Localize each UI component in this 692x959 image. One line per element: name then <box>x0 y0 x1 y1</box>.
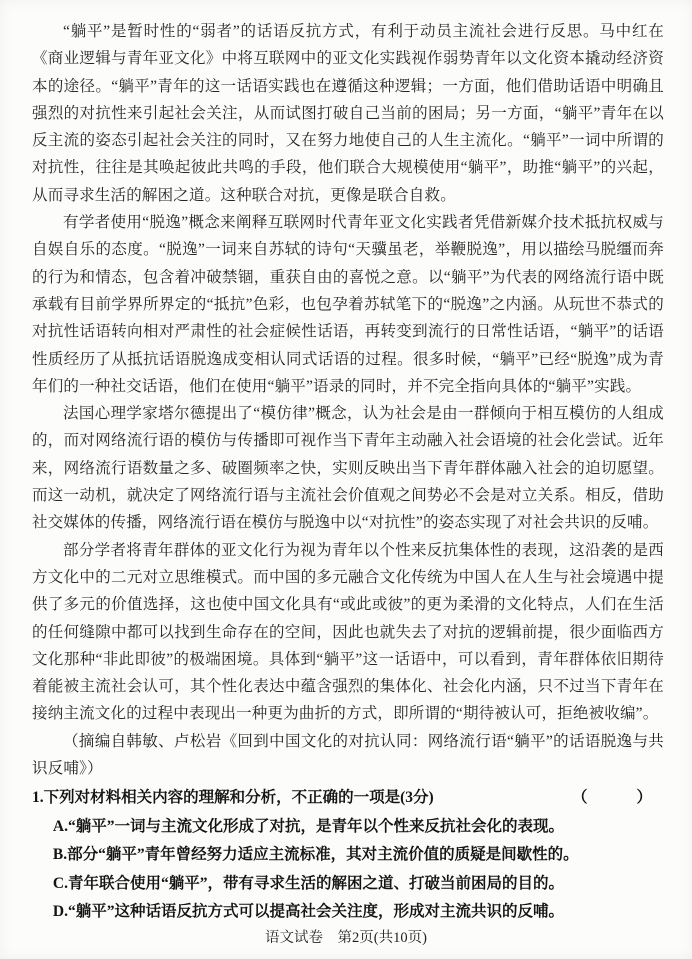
question-1-option-a: A.“躺平”一词与主流文化形成了对抗，是青年以个性来反抗社会化的表现。 <box>32 813 664 842</box>
question-1: 1.下列对材料相关内容的理解和分析，不正确的一项是(3分) （ ） A.“躺平”… <box>32 784 664 927</box>
passage-paragraph-4: 部分学者将青年群体的亚文化行为视为青年以个性来反抗集体性的表现，这沿袭的是西方文… <box>32 537 664 728</box>
passage-paragraph-2: 有学者使用“脱逸”概念来阐释互联网时代青年亚文化实践者凭借新媒介技术抵抗权威与自… <box>32 209 664 400</box>
question-1-stem: 1.下列对材料相关内容的理解和分析，不正确的一项是(3分) <box>32 784 434 813</box>
passage-paragraph-1: “躺平”是暂时性的“弱者”的话语反抗方式，有利于动员主流社会进行反思。马中红在《… <box>32 18 664 209</box>
exam-page: “躺平”是暂时性的“弱者”的话语反抗方式，有利于动员主流社会进行反思。马中红在《… <box>0 0 692 959</box>
reading-passage: “躺平”是暂时性的“弱者”的话语反抗方式，有利于动员主流社会进行反思。马中红在《… <box>32 18 664 782</box>
passage-attribution: （摘编自韩敏、卢松岩《回到中国文化的对抗认同：网络流行语“躺平”的话语脱逸与共识… <box>32 728 664 783</box>
question-1-stem-row: 1.下列对材料相关内容的理解和分析，不正确的一项是(3分) （ ） <box>32 784 664 813</box>
question-1-option-c: C.青年联合使用“躺平”，带有寻求生活的解困之道、打破当前困局的目的。 <box>32 870 664 899</box>
page-footer: 语文试卷 第2页(共10页) <box>0 926 692 947</box>
passage-paragraph-3: 法国心理学家塔尔德提出了“模仿律”概念，认为社会是由一群倾向于相互模仿的人组成的… <box>32 400 664 536</box>
question-1-answer-brackets: （ ） <box>572 784 664 813</box>
question-1-option-b: B.部分“躺平”青年曾经努力适应主流标准，其对主流价值的质疑是间歇性的。 <box>32 841 664 870</box>
question-1-option-d: D.“躺平”这种话语反抗方式可以提高社会关注度，形成对主流共识的反哺。 <box>32 898 664 927</box>
